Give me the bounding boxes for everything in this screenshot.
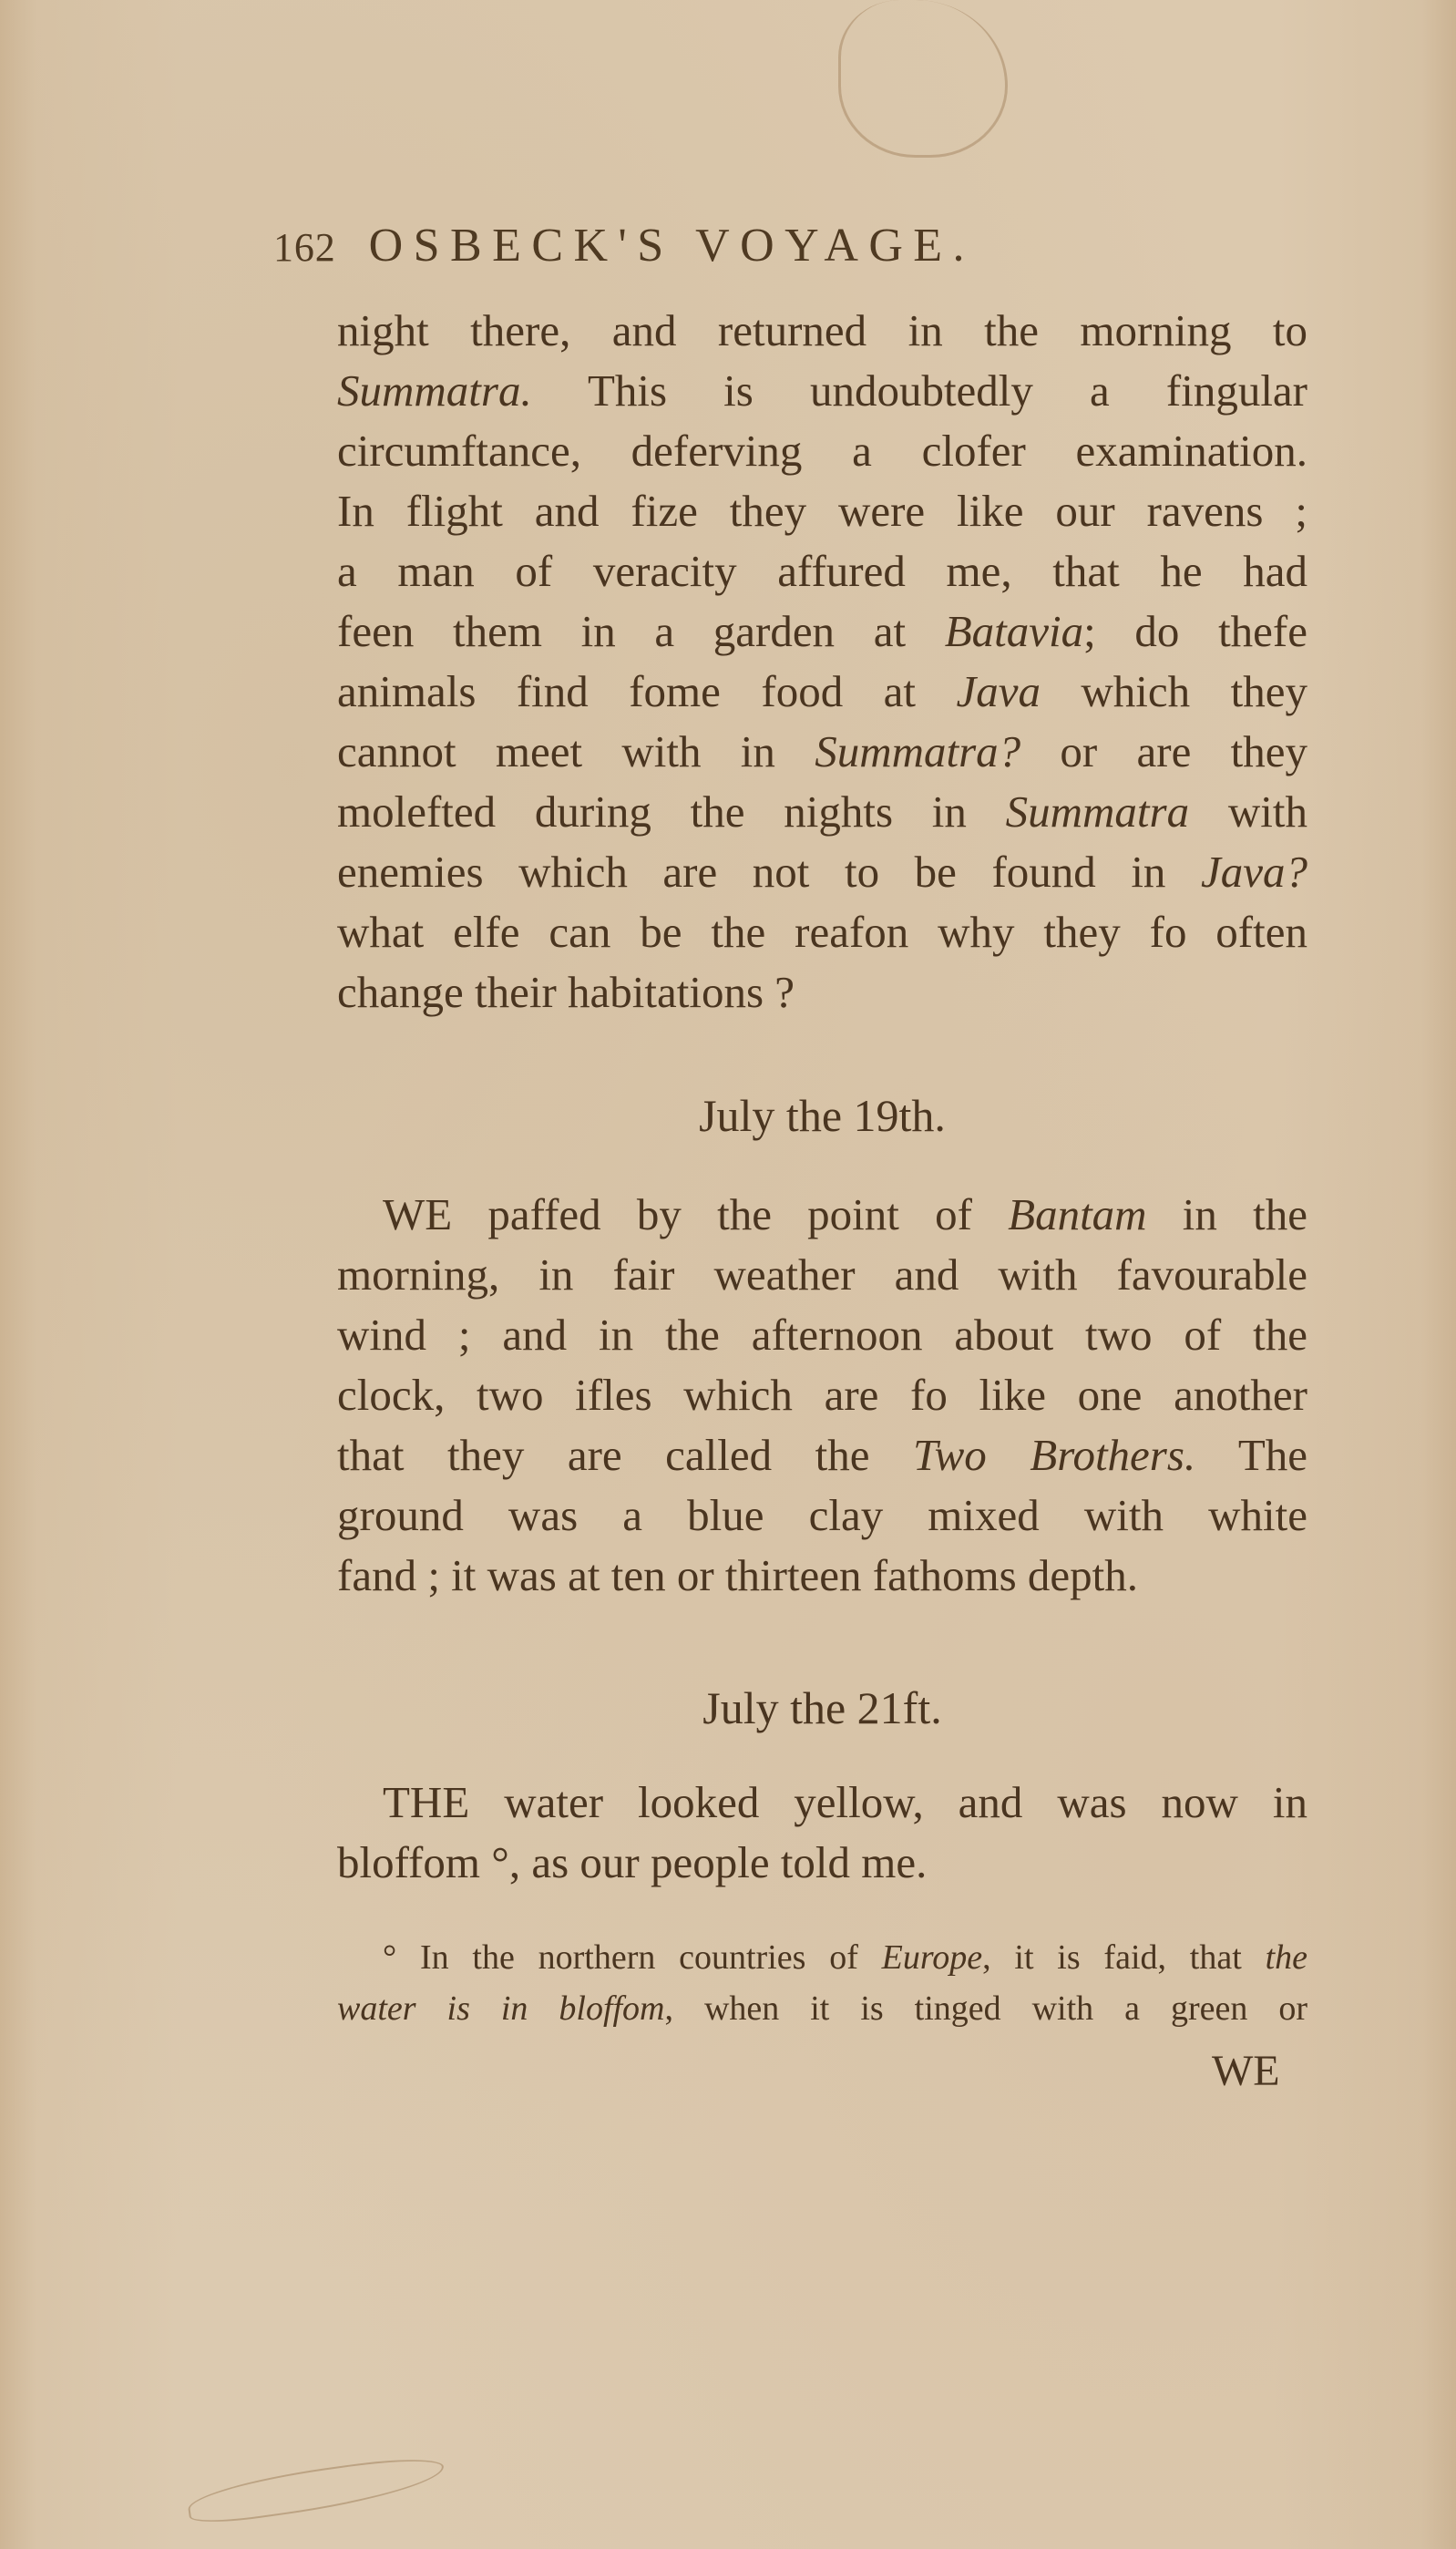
text-line: WE paffed by the point of Bantam in the [337,1185,1307,1245]
date-heading-july-21: July the 21ft. [337,1681,1307,1734]
text-line: cannot meet with in Summatra? or are the… [337,722,1307,782]
catchword: WE [1212,2046,1280,2096]
text-line: circumftance, deferving a clofer examina… [337,421,1307,481]
text-line: molefted during the nights in Summatra w… [337,782,1307,842]
text-line: ° In the northern countries of Europe, i… [337,1932,1307,1983]
text-line: clock, two ifles which are fo like one a… [337,1365,1307,1425]
book-page: 162 OSBECK'S VOYAGE. night there, and re… [0,0,1456,2549]
text-line: change their habitations ? [337,962,1307,1023]
text-line: what elfe can be the reafon why they fo … [337,902,1307,962]
text-line: ground was a blue clay mixed with white [337,1485,1307,1546]
running-title: OSBECK'S VOYAGE. [369,219,975,272]
text-line: a man of veracity affured me, that he ha… [337,541,1307,601]
footnote: ° In the northern countries of Europe, i… [337,1932,1307,2034]
text-line: animals find fome food at Java which the… [337,662,1307,722]
text-line: that they are called the Two Brothers. T… [337,1425,1307,1485]
running-header: 162 OSBECK'S VOYAGE. [273,219,1239,272]
text-line: morning, in fair weather and with favour… [337,1245,1307,1305]
text-line: night there, and returned in the morning… [337,301,1307,361]
text-line: Summatra. This is undoubtedly a fingular [337,361,1307,421]
text-line: wind ; and in the afternoon about two of… [337,1305,1307,1365]
paper-tear [185,2451,446,2527]
entry-july-21-text: THE water looked yellow, and was now inb… [337,1773,1307,1893]
text-line: bloffom °, as our people told me. [337,1833,1307,1893]
paragraph-1: night there, and returned in the morning… [337,301,1307,1023]
date-heading-july-19: July the 19th. [337,1089,1307,1142]
entry-july-19-text: WE paffed by the point of Bantam in them… [337,1185,1307,1606]
paper-stain [838,0,1008,158]
text-line: THE water looked yellow, and was now in [337,1773,1307,1833]
text-line: feen them in a garden at Batavia; do the… [337,601,1307,662]
text-line: fand ; it was at ten or thirteen fathoms… [337,1546,1307,1606]
text-line: In flight and fize they were like our ra… [337,481,1307,541]
text-line: enemies which are not to be found in Jav… [337,842,1307,902]
text-line: water is in bloffom, when it is tinged w… [337,1983,1307,2034]
page-number: 162 [273,224,336,271]
